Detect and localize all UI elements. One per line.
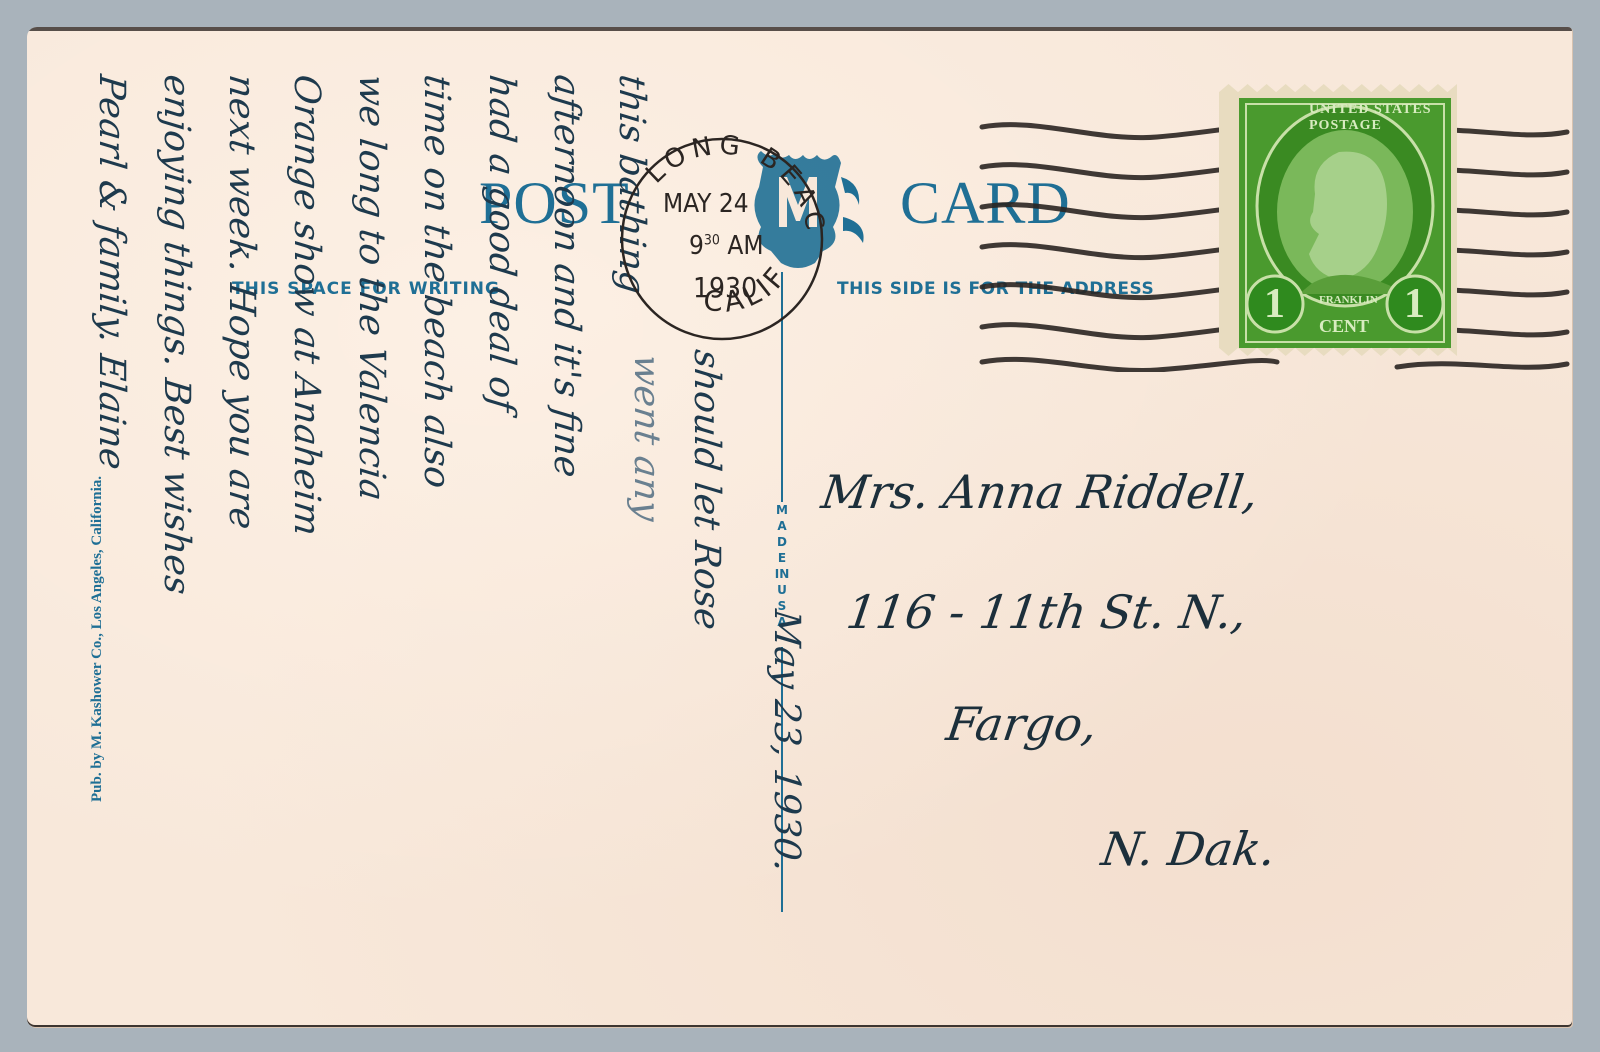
message-line: next week. Hope you are — [221, 73, 262, 532]
postmark-minutes: 30 — [704, 232, 720, 248]
stamp-denomination-word: CENT — [1319, 316, 1369, 337]
message-line: Orange show at Anaheim — [286, 73, 327, 538]
stamp-denomination-right: 1 — [1404, 280, 1425, 328]
address-state: N. Dak. — [1098, 822, 1279, 876]
address-recipient: Mrs. Anna Riddell, — [818, 465, 1262, 519]
message-line: Pearl & family. Elaine — [91, 73, 132, 472]
address-street: 116 - 11th St. N., — [843, 585, 1250, 639]
message-line: time on the beach also — [416, 73, 457, 491]
stamp-portrait-name: FRANKLIN — [1319, 294, 1378, 306]
message-line: should let Rose — [686, 348, 727, 632]
postcard-back: POST CARD THIS SPACE FOR WRITING THIS SI… — [27, 27, 1572, 1027]
message-date: May 23, 1930. — [766, 608, 807, 874]
message-line: enjoying things. Best wishes — [156, 73, 197, 597]
postmark-time: 930 AM — [689, 233, 764, 259]
postmark-hour: 9 — [689, 231, 704, 261]
postmark-meridiem: AM — [727, 231, 763, 261]
message-line: afternoon and it's fine — [546, 73, 587, 480]
postmark-date: MAY 24 — [663, 191, 749, 217]
message-line: went any — [626, 353, 667, 524]
stamp-country-text: UNITED STATES POSTAGE — [1309, 102, 1457, 134]
postmark-month: MAY — [663, 189, 711, 219]
stamp-denomination-left: 1 — [1264, 280, 1285, 328]
message-line: we long to the Valencia — [351, 73, 392, 503]
message-line: had a good deal of — [481, 73, 522, 414]
address-city: Fargo, — [943, 697, 1101, 751]
postmark-day: 24 — [719, 189, 749, 219]
postage-stamp: UNITED STATES POSTAGE 1 1 FRANKLIN CENT — [1219, 84, 1457, 356]
postmark-year: 1930 — [693, 274, 757, 302]
